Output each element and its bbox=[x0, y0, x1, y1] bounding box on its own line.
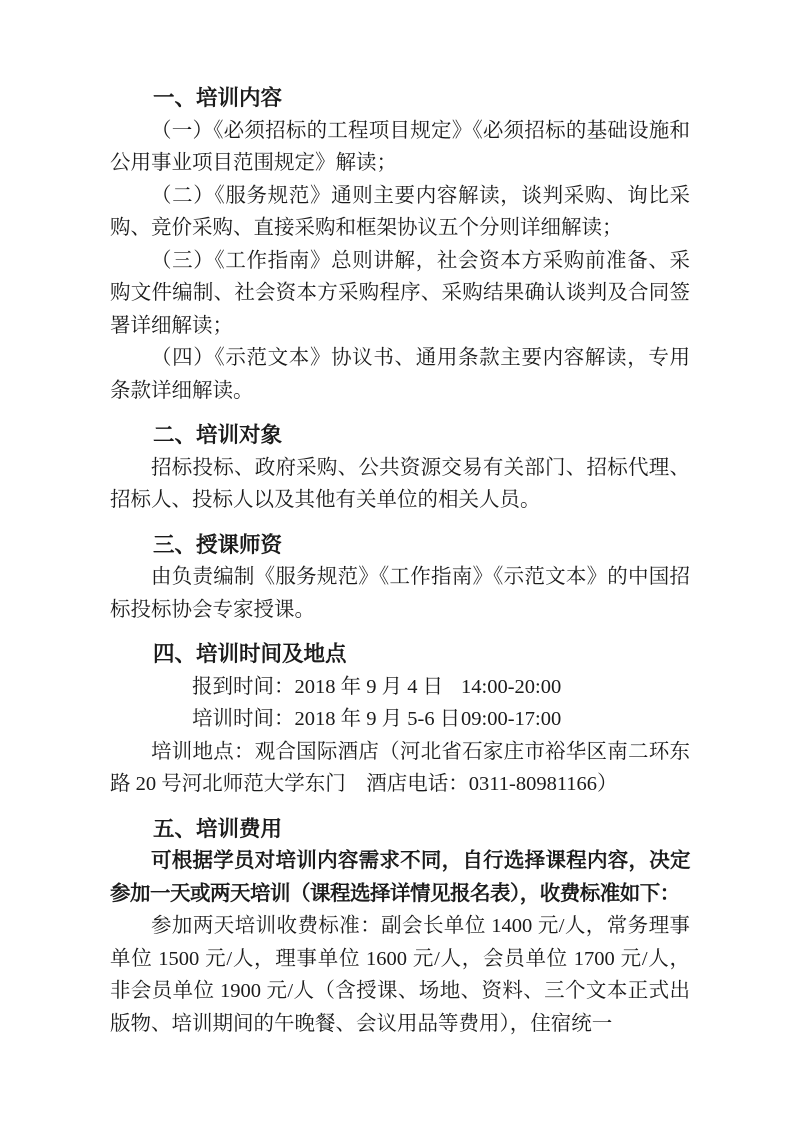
section-heading: 三、授课师资 bbox=[110, 529, 690, 562]
document-page: 一、培训内容 （一）《必须招标的工程项目规定》《必须招标的基础设施和公用事业项目… bbox=[0, 0, 793, 1122]
section-heading: 五、培训费用 bbox=[110, 813, 690, 846]
section-training-audience: 二、培训对象 招标投标、政府采购、公共资源交易有关部门、招标代理、招标人、投标人… bbox=[110, 419, 690, 517]
schedule-time: 14:00-20:00 bbox=[461, 676, 561, 698]
location-paragraph: 培训地点：观合国际酒店（河北省石家庄市裕华区南二环东路 20 号河北师范大学东门… bbox=[110, 736, 690, 801]
body-paragraph: （二）《服务规范》通则主要内容解读，谈判采购、询比采购、竞价采购、直接采购和框架… bbox=[110, 180, 690, 245]
fee-emphasis-paragraph: 可根据学员对培训内容需求不同，自行选择课程内容，决定参加一天或两天培训（课程选择… bbox=[110, 845, 690, 910]
section-time-location: 四、培训时间及地点 报到时间：2018 年 9 月 4 日14:00-20:00… bbox=[110, 638, 690, 801]
section-heading: 二、培训对象 bbox=[110, 419, 690, 452]
body-paragraph: （四）《示范文本》协议书、通用条款主要内容解读，专用条款详细解读。 bbox=[110, 342, 690, 407]
schedule-time: 09:00-17:00 bbox=[461, 708, 561, 730]
body-paragraph: （一）《必须招标的工程项目规定》《必须招标的基础设施和公用事业项目范围规定》解读… bbox=[110, 115, 690, 180]
body-paragraph: 由负责编制《服务规范》《工作指南》《示范文本》的中国招标投标协会专家授课。 bbox=[110, 561, 690, 626]
schedule-label: 培训时间：2018 年 9 月 5-6 日 bbox=[151, 703, 461, 736]
section-heading: 四、培训时间及地点 bbox=[110, 638, 690, 671]
body-paragraph: 参加两天培训收费标准：副会长单位 1400 元/人，常务理事单位 1500 元/… bbox=[110, 910, 690, 1040]
section-fees: 五、培训费用 可根据学员对培训内容需求不同，自行选择课程内容，决定参加一天或两天… bbox=[110, 813, 690, 1041]
section-heading: 一、培训内容 bbox=[110, 82, 690, 115]
section-faculty: 三、授课师资 由负责编制《服务规范》《工作指南》《示范文本》的中国招标投标协会专… bbox=[110, 529, 690, 627]
schedule-row: 报到时间：2018 年 9 月 4 日14:00-20:00 bbox=[110, 671, 690, 704]
body-paragraph: 招标投标、政府采购、公共资源交易有关部门、招标代理、招标人、投标人以及其他有关单… bbox=[110, 452, 690, 517]
body-paragraph: （三）《工作指南》总则讲解，社会资本方采购前准备、采购文件编制、社会资本方采购程… bbox=[110, 245, 690, 343]
schedule-label: 报到时间：2018 年 9 月 4 日 bbox=[151, 671, 461, 704]
section-training-content: 一、培训内容 （一）《必须招标的工程项目规定》《必须招标的基础设施和公用事业项目… bbox=[110, 82, 690, 407]
schedule-row: 培训时间：2018 年 9 月 5-6 日09:00-17:00 bbox=[110, 703, 690, 736]
